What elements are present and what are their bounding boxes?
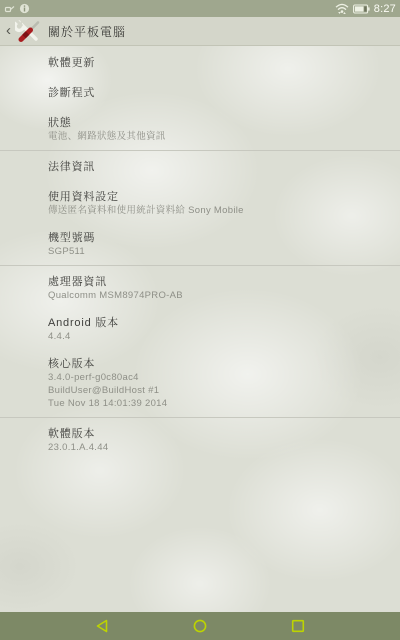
item-title: Android 版本 (48, 316, 388, 330)
divider (0, 150, 400, 151)
battery-icon (353, 4, 370, 14)
navigation-bar (0, 612, 400, 640)
item-title: 診斷程式 (48, 86, 388, 100)
clock: 8:27 (374, 3, 396, 15)
about-tablet-content: 軟體更新 診斷程式 狀態 電池、網路狀態及其他資訊 法律資訊 使用資料設定 傳送… (0, 46, 400, 612)
item-title: 狀態 (48, 116, 388, 130)
recents-icon (291, 619, 305, 633)
usb-icon (4, 3, 15, 14)
header: ‹ 關於平板電腦 (0, 17, 400, 46)
status-system-icons: 8:27 (335, 3, 396, 15)
item-value-line: 3.4.0-perf-g0c80ac4 (48, 372, 388, 384)
item-subtitle: 電池、網路狀態及其他資訊 (48, 131, 388, 143)
list-item-android-version[interactable]: Android 版本 4.4.4 (0, 308, 400, 349)
list-item-legal-info[interactable]: 法律資訊 (0, 152, 400, 182)
wifi-icon (335, 3, 349, 15)
item-value: 4.4.4 (48, 331, 388, 343)
item-title: 使用資料設定 (48, 190, 388, 204)
item-title: 軟體版本 (48, 427, 388, 441)
divider (0, 417, 400, 418)
item-title: 法律資訊 (48, 160, 388, 174)
list-item-status[interactable]: 狀態 電池、網路狀態及其他資訊 (0, 108, 400, 149)
item-subtitle: 傳送匿名資料和使用統計資料給 Sony Mobile (48, 205, 388, 217)
settings-list: 軟體更新 診斷程式 狀態 電池、網路狀態及其他資訊 法律資訊 使用資料設定 傳送… (0, 46, 400, 460)
tools-icon (15, 19, 42, 43)
recents-button[interactable] (283, 615, 313, 637)
status-bar: 8:27 (0, 0, 400, 17)
back-chevron-icon[interactable]: ‹ (6, 23, 14, 40)
item-title: 機型號碼 (48, 231, 388, 245)
divider (0, 265, 400, 266)
page-title: 關於平板電腦 (48, 23, 126, 40)
status-notification-icons (4, 3, 30, 14)
list-item-diagnostics[interactable]: 診斷程式 (0, 78, 400, 108)
list-item-usage-data[interactable]: 使用資料設定 傳送匿名資料和使用統計資料給 Sony Mobile (0, 182, 400, 223)
list-item-model-number[interactable]: 機型號碼 SGP511 (0, 223, 400, 264)
home-button[interactable] (185, 615, 215, 637)
item-value-line: BuildUser@BuildHost #1 (48, 385, 388, 397)
item-value-line: Tue Nov 18 14:01:39 2014 (48, 398, 388, 410)
info-icon (19, 3, 30, 14)
back-button[interactable] (87, 615, 117, 637)
list-item-software-update[interactable]: 軟體更新 (0, 48, 400, 78)
item-value: SGP511 (48, 246, 388, 258)
item-value: Qualcomm MSM8974PRO-AB (48, 290, 388, 302)
list-item-software-version[interactable]: 軟體版本 23.0.1.A.4.44 (0, 419, 400, 460)
home-icon (193, 619, 207, 633)
list-item-processor-info[interactable]: 處理器資訊 Qualcomm MSM8974PRO-AB (0, 267, 400, 308)
item-title: 核心版本 (48, 357, 388, 371)
item-title: 處理器資訊 (48, 275, 388, 289)
list-item-kernel-version[interactable]: 核心版本 3.4.0-perf-g0c80ac4 BuildUser@Build… (0, 349, 400, 416)
item-value: 23.0.1.A.4.44 (48, 442, 388, 454)
back-icon (95, 619, 109, 633)
item-title: 軟體更新 (48, 56, 388, 70)
